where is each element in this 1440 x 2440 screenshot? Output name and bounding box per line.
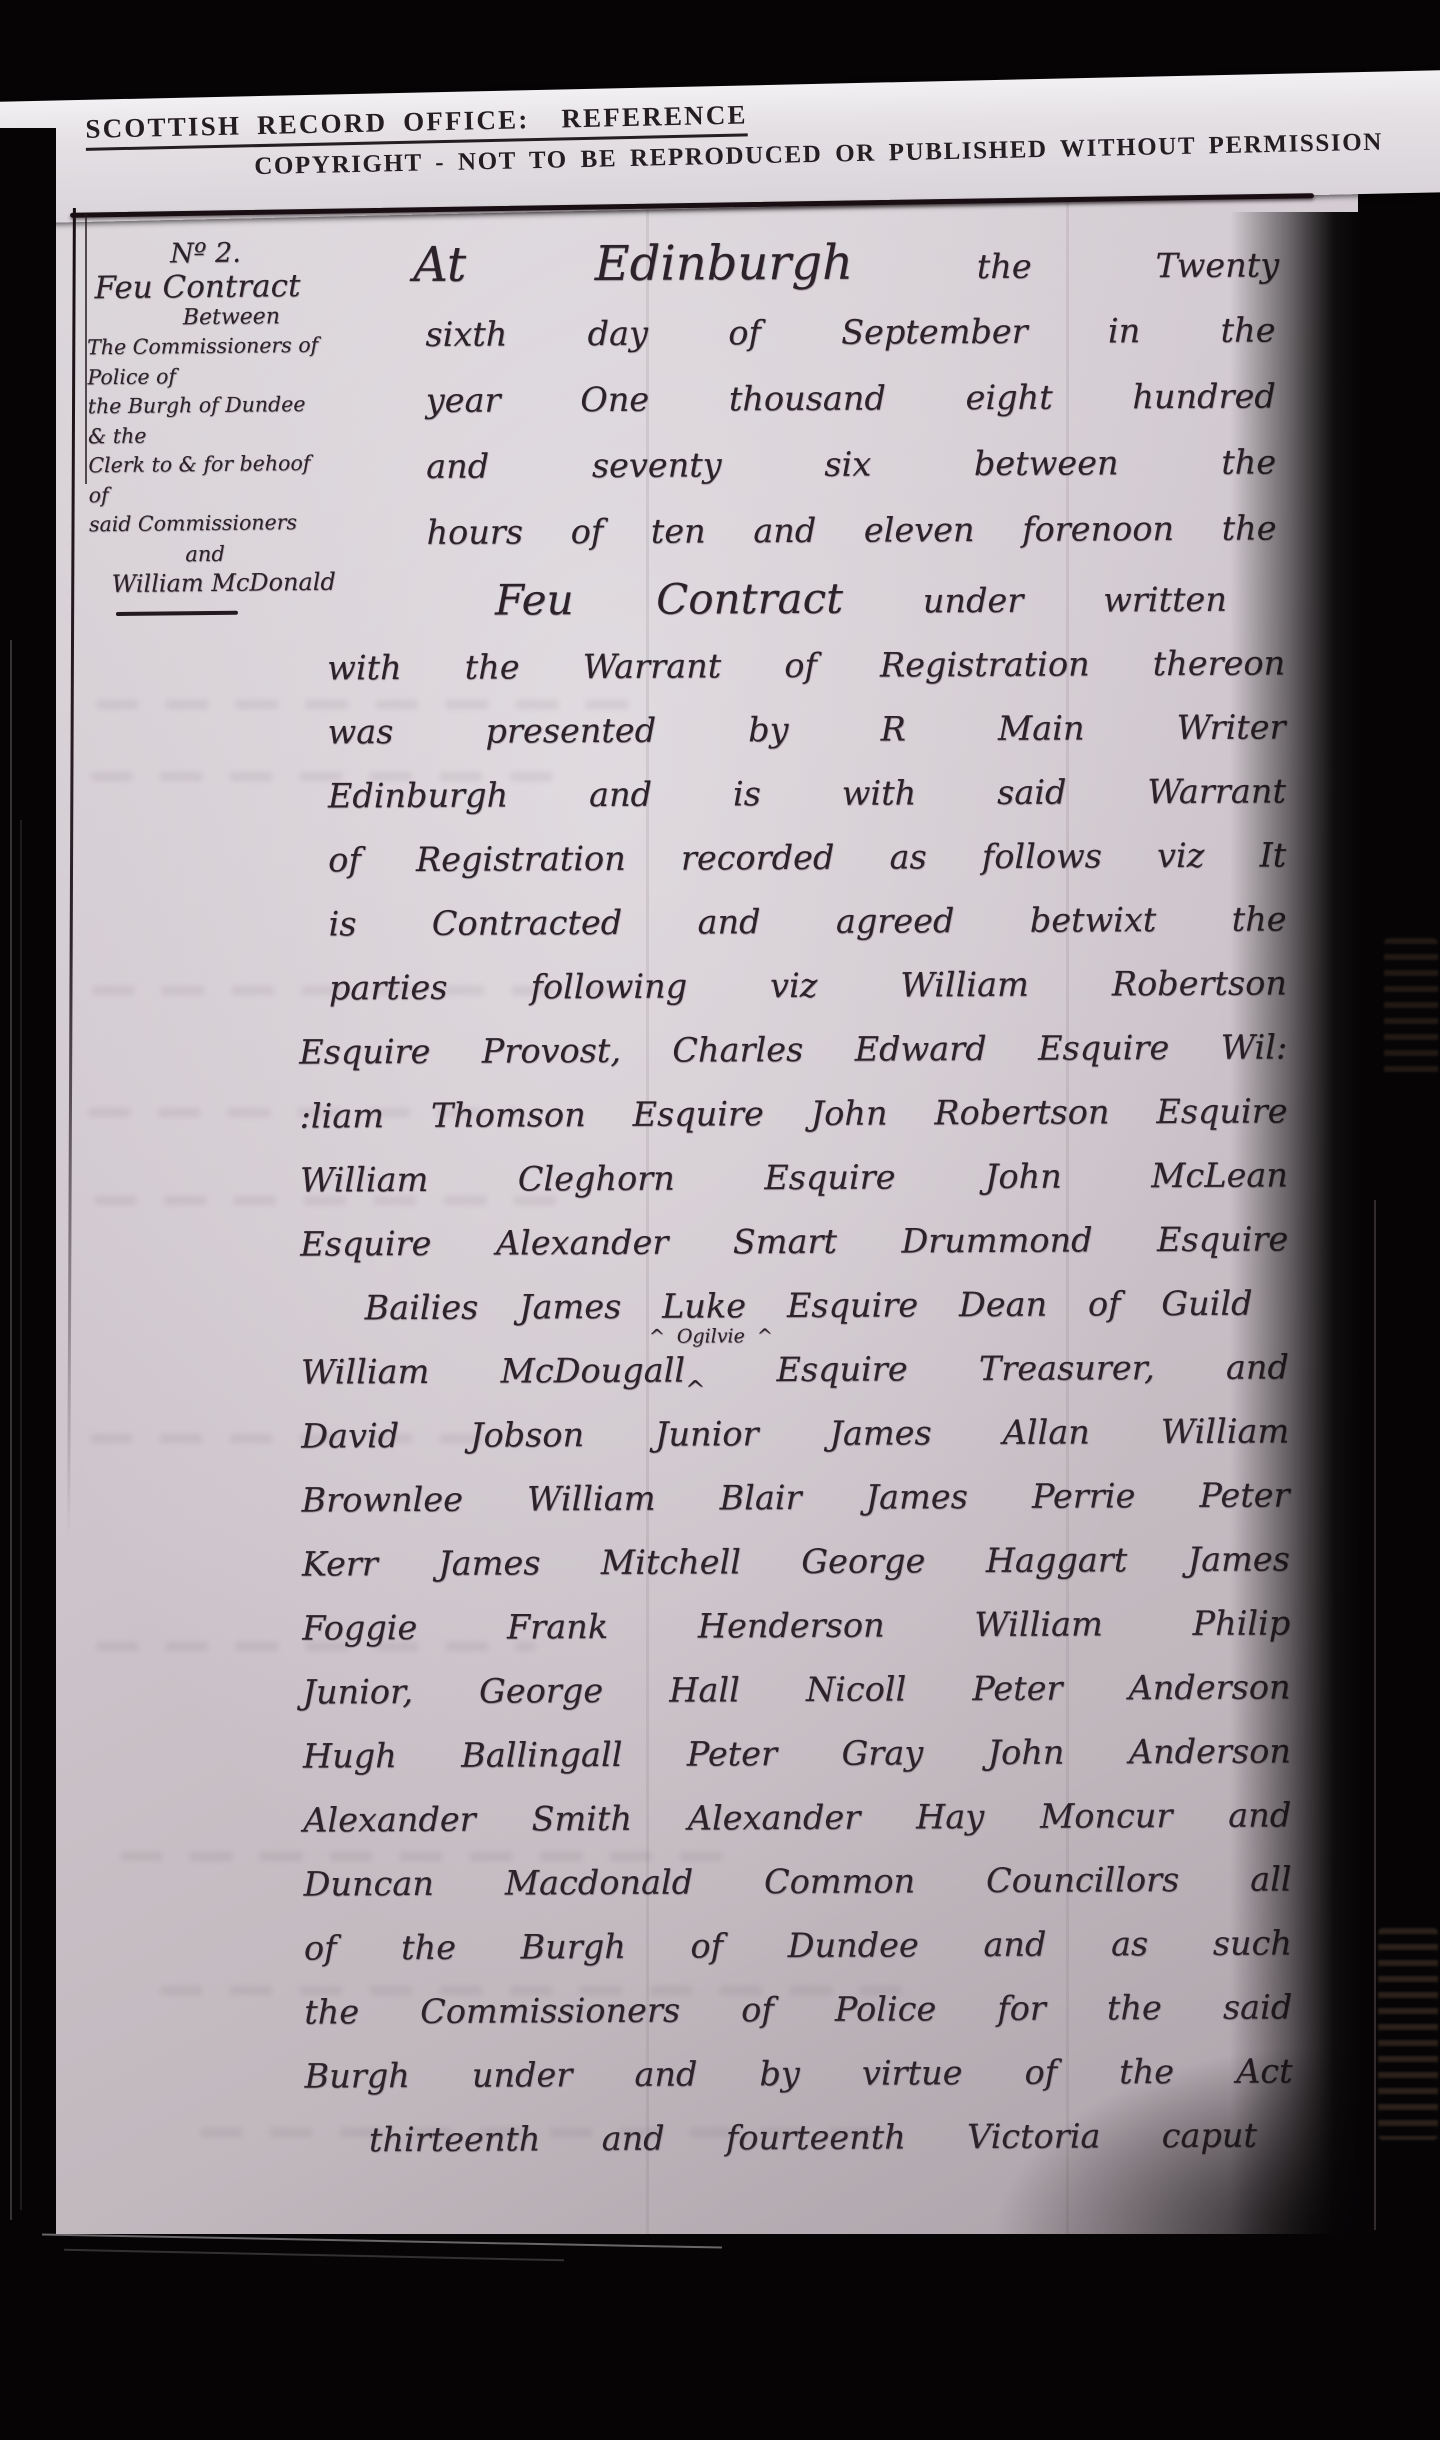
opening-lines: sixth day of September in theyear One th… xyxy=(295,297,1284,566)
document-line: hours of ten and eleven forenoon the xyxy=(296,495,1284,566)
photo-streaks xyxy=(1384,938,1438,1078)
document-line: :liam Thomson Esquire John Robertson Esq… xyxy=(299,1079,1287,1148)
document-line: year One thousand eight hundred xyxy=(296,363,1284,434)
sheet-edge-line xyxy=(64,2249,564,2261)
feu-contract-line: Feu Contract under written xyxy=(297,561,1285,636)
page-stack-edge xyxy=(10,640,12,2220)
document-line: Junior, George Hall Nicoll Peter Anderso… xyxy=(302,1655,1290,1724)
docket-party-line: The Commissioners of Police of xyxy=(87,331,330,393)
document-line: Brownlee William Blair James Perrie Pete… xyxy=(301,1463,1289,1532)
document-line: is Contracted and agreed betwixt the xyxy=(298,887,1286,956)
treasurer-line: William McDougall^ Ogilvie ^^ Esquire Tr… xyxy=(301,1335,1289,1404)
feu-line-rest: under written xyxy=(923,580,1227,621)
document-photo: SCOTTISH RECORD OFFICE: REFERENCE COPYRI… xyxy=(0,0,1440,2440)
document-line: David Jobson Junior James Allan William xyxy=(301,1399,1289,1468)
document-line: with the Warrant of Registration thereon xyxy=(297,631,1285,700)
page-stack-edge xyxy=(20,820,22,2210)
photo-streaks xyxy=(1378,1928,1438,2140)
deed-opening-line: At Edinburgh the Twenty xyxy=(295,223,1283,302)
background-gap xyxy=(0,128,56,250)
interline-insertion: ^ Ogilvie ^ xyxy=(649,1323,773,1350)
record-office-header: SCOTTISH RECORD OFFICE: REFERENCE xyxy=(85,99,748,150)
right-gutter-shadow xyxy=(1230,212,1360,2234)
document-line: parties following viz William Robertson xyxy=(299,951,1287,1020)
docket-party-line: said Commissioners xyxy=(89,508,331,540)
docket-title: Feu Contract xyxy=(94,268,328,306)
document-line: Esquire Provost, Charles Edward Esquire … xyxy=(299,1015,1287,1084)
treasurer-name: William McDougall xyxy=(301,1351,685,1392)
docket-party-lines: The Commissioners of Police ofthe Burgh … xyxy=(87,331,331,540)
document-line: Kerr James Mitchell George Haggart James xyxy=(302,1527,1290,1596)
document-line: Edinburgh and is with said Warrant xyxy=(298,759,1286,828)
document-line: William Cleghorn Esquire John McLean xyxy=(300,1143,1288,1212)
document-line: Foggie Frank Henderson William Philip xyxy=(302,1591,1290,1660)
deed-body-text: At Edinburgh the Twenty sixth day of Sep… xyxy=(295,223,1293,2172)
document-line: of the Burgh of Dundee and as such xyxy=(304,1911,1292,1980)
document-line: Alexander Smith Alexander Hay Moncur and xyxy=(303,1783,1291,1852)
insertion-mark: ^ xyxy=(649,1326,665,1348)
document-line: Esquire Alexander Smart Drummond Esquire xyxy=(300,1207,1288,1276)
registration-lines: with the Warrant of Registration thereon… xyxy=(297,631,1287,1020)
insertion-word: Ogilvie xyxy=(677,1325,745,1347)
document-line: the Commissioners of Police for the said xyxy=(304,1975,1292,2044)
docket-party-line: the Burgh of Dundee & the xyxy=(88,390,331,452)
document-line: of Registration recorded as follows viz … xyxy=(298,823,1286,892)
treasurer-line-rest: Esquire Treasurer, and xyxy=(776,1347,1289,1389)
document-line: Duncan Macdonald Common Councillors all xyxy=(303,1847,1291,1916)
document-line: Bailies James Luke Esquire Dean of Guild xyxy=(300,1271,1288,1340)
caret-icon: ^ xyxy=(685,1357,705,1421)
document-line: Hugh Ballingall Peter Gray John Anderson xyxy=(303,1719,1291,1788)
feu-contract-title: Feu Contract xyxy=(495,574,843,625)
bottom-right-shadow xyxy=(990,2040,1360,2240)
councillor-lines-a: Esquire Provost, Charles Edward Esquire … xyxy=(299,1015,1289,1340)
insertion-mark: ^ xyxy=(757,1325,773,1347)
place-date-opener: At Edinburgh xyxy=(413,235,853,293)
docket-party-line: Clerk to & for behoof of xyxy=(88,449,331,511)
document-line: sixth day of September in the xyxy=(295,297,1283,368)
page-edge-highlight xyxy=(1374,1200,1376,2230)
document-line: and seventy six between the xyxy=(296,429,1284,500)
document-line: was presented by R Main Writer xyxy=(297,695,1285,764)
insertion-anchor: ^ Ogilvie ^^ xyxy=(685,1350,705,1389)
sheet-edge-line xyxy=(42,2233,722,2248)
